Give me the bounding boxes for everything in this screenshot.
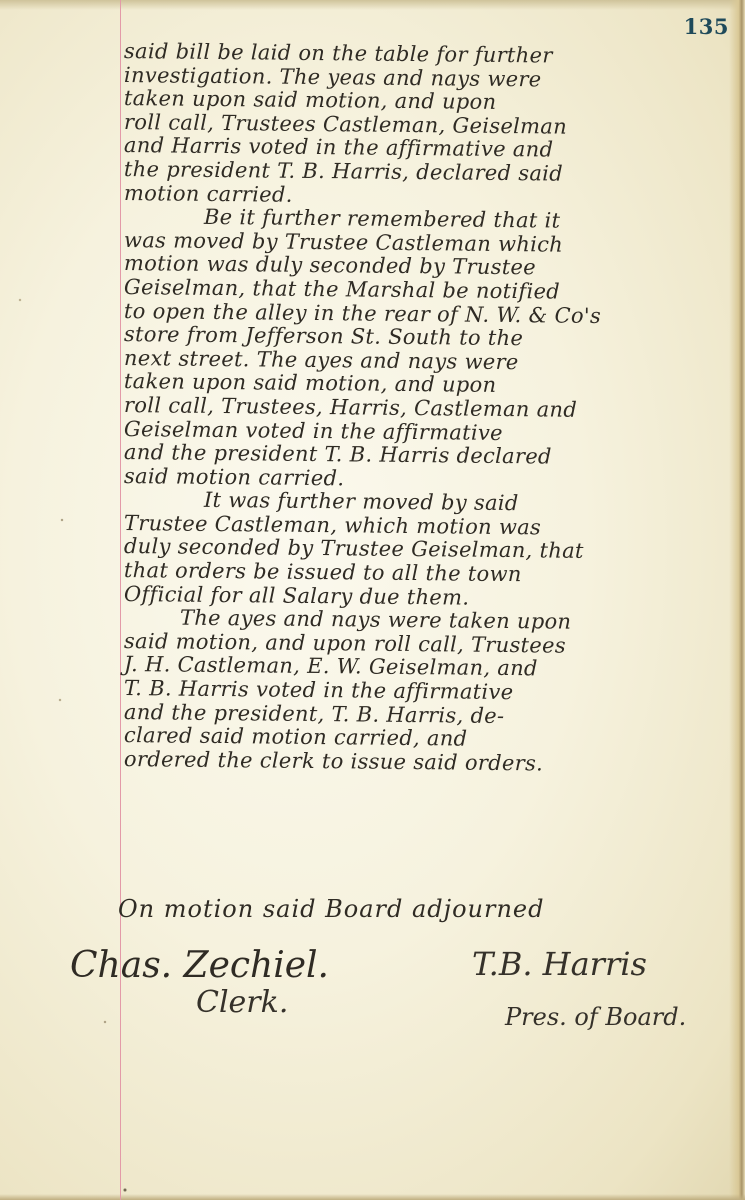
page-number: 135 [684,14,729,39]
president-title: Pres. of Board. [505,1003,686,1031]
clerk-signature: Chas. Zechiel. [70,945,329,986]
margin-rule [120,0,121,1200]
page-binding-edge [729,0,745,1200]
minutes-body: said bill be laid on the table for furth… [124,40,724,771]
clerk-title: Clerk. [196,985,288,1020]
adjournment-line: On motion said Board adjourned [118,895,545,923]
president-signature: T.B. Harris [472,945,647,983]
page-top-shadow [0,0,745,10]
ledger-page: 135 said bill be laid on the table for f… [0,0,745,1200]
page-bottom-edge [0,1194,745,1200]
